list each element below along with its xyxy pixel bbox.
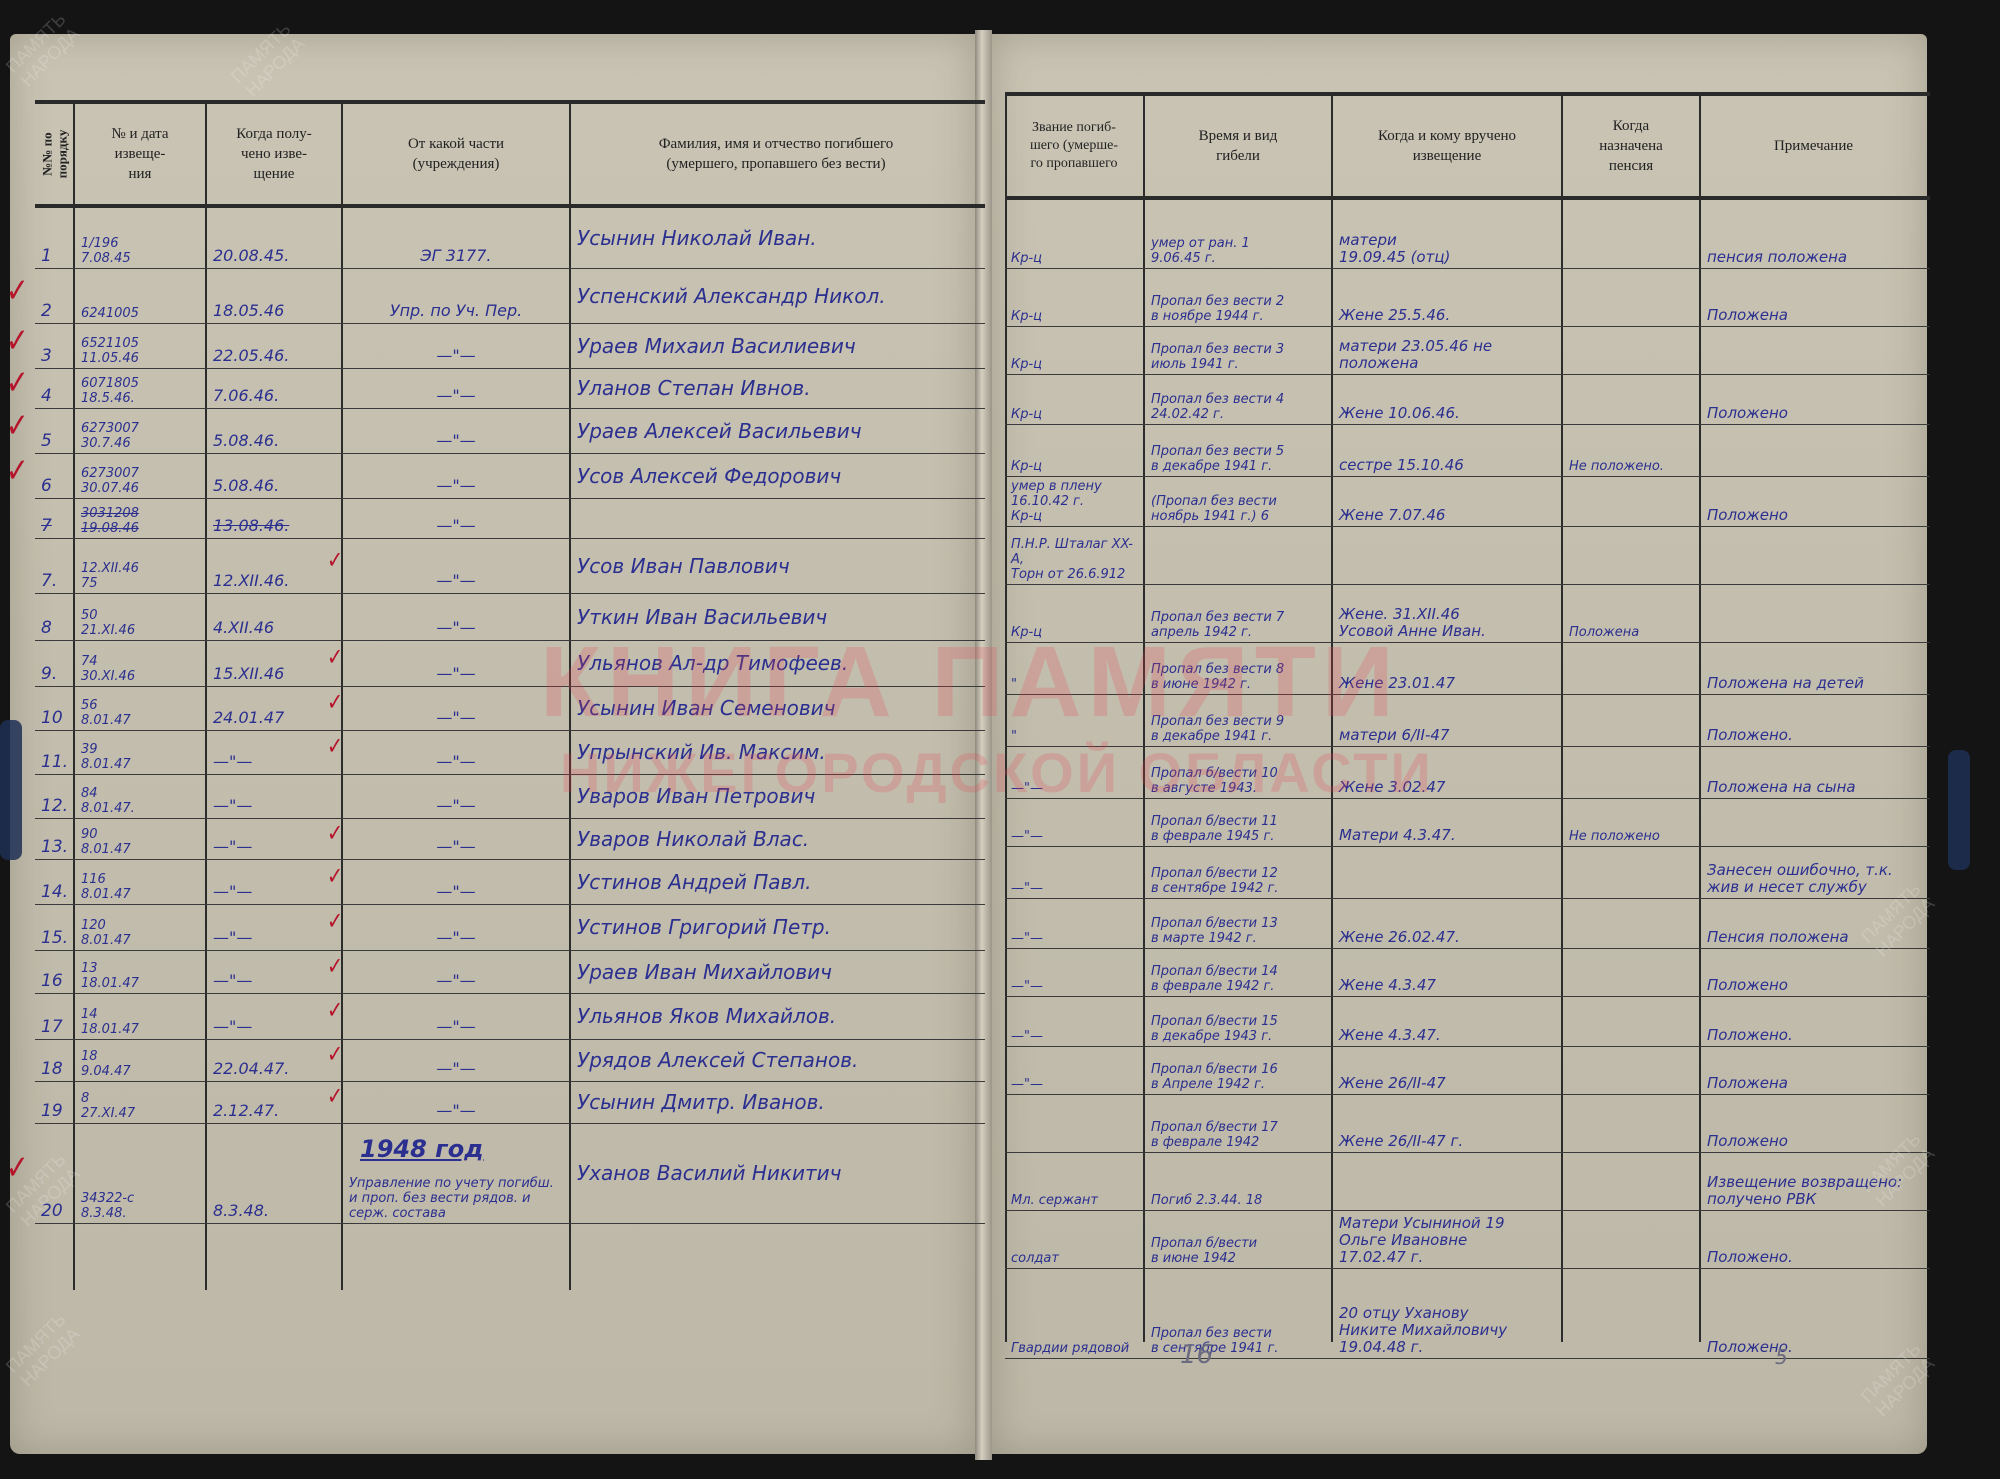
notice-delivered-to: Жене 4.3.47.: [1333, 996, 1561, 1046]
full-name: Урядов Алексей Степанов.: [571, 1039, 981, 1081]
received-date: —"—: [207, 993, 341, 1039]
table-row: 46071805 18.5.46.7.06.46.—"—Уланов Степа…: [35, 368, 985, 409]
notice-delivered-to: Жене 3.02.47: [1333, 746, 1561, 798]
full-name: Усынин Иван Семенович: [571, 686, 981, 730]
full-name: Усынин Николай Иван.: [571, 208, 981, 268]
received-date: 13.08.46.: [207, 498, 341, 538]
time-cause-of-death: Пропал б/вести 16 в Апреле 1942 г.: [1145, 1046, 1331, 1094]
full-name: Ураев Алексей Васильевич: [571, 408, 981, 453]
unit-name: —"—: [343, 538, 569, 593]
table-row: солдатПропал б/вести в июне 1942Матери У…: [1005, 1210, 1930, 1269]
pension-assigned: [1563, 1152, 1699, 1210]
table-row: Кр-цПропал без вести 4 24.02.42 г.Жене 1…: [1005, 374, 1930, 425]
notice-delivered-to: Матери 4.3.47.: [1333, 798, 1561, 846]
red-check-mark-icon: ✓: [327, 909, 343, 933]
table-row: 66273007 30.07.465.08.46.—"—Усов Алексей…: [35, 453, 985, 499]
remarks: пенсия положена: [1701, 206, 1926, 268]
full-name: Уланов Степан Ивнов.: [571, 368, 981, 408]
notice-number-date: 6071805 18.5.46.: [75, 368, 205, 408]
row-number: 4: [35, 368, 73, 408]
unit-name: —"—: [343, 640, 569, 686]
red-check-mark-icon: ✓: [327, 734, 343, 758]
unit-name: —"—: [343, 730, 569, 774]
notice-number-date: 50 21.XI.46: [75, 593, 205, 640]
full-name: Упрынский Ив. Максим.: [571, 730, 981, 774]
pension-assigned: [1563, 642, 1699, 694]
row-number: 7.: [35, 538, 73, 593]
notice-delivered-to: Жене. 31.XII.46 Усовой Анне Иван.: [1333, 584, 1561, 642]
received-date: 20.08.45.: [207, 208, 341, 268]
time-cause-of-death: Пропал б/вести 13 в марте 1942 г.: [1145, 898, 1331, 948]
unit-name: —"—: [343, 368, 569, 408]
red-check-mark-icon: ✓: [6, 409, 29, 443]
unit-name: —"—: [343, 774, 569, 818]
pension-assigned: [1563, 898, 1699, 948]
table-row: —"—Пропал б/вести 15 в декабре 1943 г.Же…: [1005, 996, 1930, 1047]
table-row: Кр-цПропал без вести 5 в декабре 1941 г.…: [1005, 424, 1930, 477]
pension-assigned: [1563, 746, 1699, 798]
row-number: 12.: [35, 774, 73, 818]
notice-number-date: 3031208 19.08.46: [75, 498, 205, 538]
full-name: [571, 498, 981, 538]
red-check-mark-icon: ✓: [327, 954, 343, 978]
notice-delivered-to: матери 19.09.45 (отц): [1333, 206, 1561, 268]
received-date: 15.XII.46: [207, 640, 341, 686]
received-date: 22.04.47.: [207, 1039, 341, 1081]
time-cause-of-death: Пропал б/вести 14 в феврале 1942 г.: [1145, 948, 1331, 996]
table-row: —"—Пропал б/вести 16 в Апреле 1942 г.Жен…: [1005, 1046, 1930, 1095]
red-check-mark-icon: ✓: [6, 274, 29, 308]
row-number: 15.: [35, 904, 73, 950]
full-name: Уханов Василий Никитич: [571, 1123, 981, 1223]
red-check-mark-icon: ✓: [327, 864, 343, 888]
full-name: Уваров Иван Петрович: [571, 774, 981, 818]
notice-number-date: 14 18.01.47: [75, 993, 205, 1039]
unit-name: —"—: [343, 1081, 569, 1123]
notice-delivered-to: Жене 26/II-47 г.: [1333, 1094, 1561, 1152]
rank: ": [1005, 694, 1143, 746]
unit-name: —"—: [343, 859, 569, 904]
notice-number-date: 39 8.01.47: [75, 730, 205, 774]
pension-assigned: [1563, 526, 1699, 584]
time-cause-of-death: Пропал без вести 5 в декабре 1941 г.: [1145, 424, 1331, 476]
full-name: Уткин Иван Васильевич: [571, 593, 981, 640]
time-cause-of-death: Пропал б/вести 10 в августе 1943.: [1145, 746, 1331, 798]
table-row: —"—Пропал б/вести 14 в феврале 1942 г.Же…: [1005, 948, 1930, 997]
rank: Кр-ц: [1005, 326, 1143, 374]
rank: солдат: [1005, 1210, 1143, 1268]
header-full-name: Фамилия, имя и отчество погибшего (умерш…: [571, 104, 981, 204]
table-row: —"—Пропал б/вести 11 в феврале 1945 г.Ма…: [1005, 798, 1930, 847]
pension-assigned: [1563, 1268, 1699, 1358]
time-cause-of-death: Пропал без вести 9 в декабре 1941 г.: [1145, 694, 1331, 746]
notice-delivered-to: матери 6/II-47: [1333, 694, 1561, 746]
ink-stain: [0, 720, 22, 860]
notice-number-date: 1/196 7.08.45: [75, 208, 205, 268]
received-date: 12.XII.46.: [207, 538, 341, 593]
pension-assigned: [1563, 326, 1699, 374]
unit-name: —"—: [343, 408, 569, 453]
notice-number-date: 90 8.01.47: [75, 818, 205, 859]
received-date: 18.05.46: [207, 268, 341, 323]
received-date: 8.3.48.: [207, 1123, 341, 1223]
page-number-left: 16: [1180, 1340, 1213, 1370]
pension-assigned: Положена: [1563, 584, 1699, 642]
notice-number-date: 13 18.01.47: [75, 950, 205, 993]
unit-name: —"—: [343, 1039, 569, 1081]
unit-name: Упр. по Уч. Пер.: [343, 268, 569, 323]
full-name: Усов Иван Павлович: [571, 538, 981, 593]
time-cause-of-death: Пропал без вести 2 в ноябре 1944 г.: [1145, 268, 1331, 326]
pension-assigned: [1563, 268, 1699, 326]
full-name: Устинов Григорий Петр.: [571, 904, 981, 950]
time-cause-of-death: Пропал б/вести в июне 1942: [1145, 1210, 1331, 1268]
notice-delivered-to: [1333, 1152, 1561, 1210]
left-header-row: №№ по порядку № и дата извеще- ния Когда…: [35, 100, 985, 208]
red-check-mark-icon: ✓: [6, 454, 29, 488]
row-number: 17: [35, 993, 73, 1039]
time-cause-of-death: Погиб 2.3.44. 18: [1145, 1152, 1331, 1210]
rank: умер в плену 16.10.42 г. Кр-ц: [1005, 476, 1143, 526]
full-name: Ураев Михаил Василиевич: [571, 323, 981, 368]
table-row: Кр-цПропал без вести 7 апрель 1942 г.Жен…: [1005, 584, 1930, 643]
table-row: 1056 8.01.4724.01.47—"—Усынин Иван Семен…: [35, 686, 985, 731]
full-name: Усынин Дмитр. Иванов.: [571, 1081, 981, 1123]
row-number: 9.: [35, 640, 73, 686]
right-register-table: Звание погиб- шего (умерше- го пропавшег…: [1005, 92, 1930, 1342]
table-row: умер в плену 16.10.42 г. Кр-ц(Пропал без…: [1005, 476, 1930, 527]
time-cause-of-death: Пропал б/вести 17 в феврале 1942: [1145, 1094, 1331, 1152]
header-remarks: Примечание: [1701, 96, 1926, 196]
table-row: 2624100518.05.46Упр. по Уч. Пер.Успенски…: [35, 268, 985, 324]
table-row: 36521105 11.05.4622.05.46.—"—Ураев Михаи…: [35, 323, 985, 369]
table-row: Кр-цумер от ран. 1 9.06.45 г.матери 19.0…: [1005, 206, 1930, 269]
notice-delivered-to: Жене 10.06.46.: [1333, 374, 1561, 424]
remarks: Положена: [1701, 268, 1926, 326]
unit-name: ЭГ 3177.: [343, 208, 569, 268]
received-date: 24.01.47: [207, 686, 341, 730]
notice-number-date: 6241005: [75, 268, 205, 323]
table-row: "Пропал без вести 9 в декабре 1941 г.мат…: [1005, 694, 1930, 747]
row-number: 7: [35, 498, 73, 538]
unit-name: —"—: [343, 323, 569, 368]
rank: Гвардии рядовой: [1005, 1268, 1143, 1358]
row-number: 18: [35, 1039, 73, 1081]
remarks: Положена на детей: [1701, 642, 1926, 694]
notice-delivered-to: 20 отцу Уханову Никите Михайловичу 19.04…: [1333, 1268, 1561, 1358]
time-cause-of-death: умер от ран. 1 9.06.45 г.: [1145, 206, 1331, 268]
notice-delivered-to: Жене 26.02.47.: [1333, 898, 1561, 948]
remarks: Положено.: [1701, 996, 1926, 1046]
red-check-mark-icon: ✓: [327, 548, 343, 572]
row-number: 3: [35, 323, 73, 368]
notice-number-date: 8 27.XI.47: [75, 1081, 205, 1123]
pension-assigned: [1563, 846, 1699, 898]
notice-delivered-to: [1333, 526, 1561, 584]
received-date: 7.06.46.: [207, 368, 341, 408]
table-row: 11/196 7.08.4520.08.45.ЭГ 3177.Усынин Ни…: [35, 208, 985, 269]
rank: [1005, 1094, 1143, 1152]
table-row: Гвардии рядовойПропал без вести в сентяб…: [1005, 1268, 1930, 1359]
header-pension-date: Когда назначена пенсия: [1563, 96, 1699, 196]
remarks: [1701, 526, 1926, 584]
ink-stain: [1948, 750, 1970, 870]
header-order-number: №№ по порядку: [39, 130, 69, 179]
notice-number-date: 6273007 30.7.46: [75, 408, 205, 453]
notice-number-date: 12.XII.46 75: [75, 538, 205, 593]
unit-name: —"—: [343, 818, 569, 859]
full-name: Устинов Андрей Павл.: [571, 859, 981, 904]
table-row: 1613 18.01.47—"——"—Ураев Иван Михайлович…: [35, 950, 985, 994]
remarks: Положено: [1701, 1094, 1926, 1152]
rank: —"—: [1005, 1046, 1143, 1094]
header-time-cause-of-death: Время и вид гибели: [1145, 96, 1331, 196]
remarks: Занесен ошибочно, т.к. жив и несет служб…: [1701, 846, 1926, 898]
table-row: 13.90 8.01.47—"——"—Уваров Николай Влас.✓: [35, 818, 985, 860]
row-number: 5: [35, 408, 73, 453]
left-register-table: №№ по порядку № и дата извеще- ния Когда…: [35, 100, 985, 1350]
table-row: 2034322-с 8.3.48.8.3.48.Управление по уч…: [35, 1123, 985, 1224]
notice-delivered-to: Жене 26/II-47: [1333, 1046, 1561, 1094]
table-row: 198 27.XI.472.12.47.—"—Усынин Дмитр. Ива…: [35, 1081, 985, 1124]
page-number-right: 5: [1775, 1345, 1788, 1369]
notice-delivered-to: сестре 15.10.46: [1333, 424, 1561, 476]
row-number: 1: [35, 208, 73, 268]
table-row: 9.74 30.XI.4615.XII.46—"—Ульянов Ал-др Т…: [35, 640, 985, 687]
header-notice-delivered: Когда и кому вручено извещение: [1333, 96, 1561, 196]
full-name: Ульянов Яков Михайлов.: [571, 993, 981, 1039]
received-date: 22.05.46.: [207, 323, 341, 368]
row-number: 11.: [35, 730, 73, 774]
rank: Кр-ц: [1005, 268, 1143, 326]
row-number: 10: [35, 686, 73, 730]
unit-name: —"—: [343, 904, 569, 950]
received-date: 4.XII.46: [207, 593, 341, 640]
table-row: П.Н.Р. Шталаг XX-А, Торн от 26.6.912: [1005, 526, 1930, 585]
table-row: 12.84 8.01.47.—"——"—Уваров Иван Петрович: [35, 774, 985, 819]
header-rank: Звание погиб- шего (умерше- го пропавшег…: [1005, 96, 1143, 196]
pension-assigned: Не положено.: [1563, 424, 1699, 476]
full-name: Успенский Александр Никол.: [571, 268, 981, 323]
header-unit: От какой части (учреждения): [343, 104, 569, 204]
time-cause-of-death: Пропал без вести 4 24.02.42 г.: [1145, 374, 1331, 424]
time-cause-of-death: Пропал без вести 8 в июне 1942 г.: [1145, 642, 1331, 694]
remarks: Положено: [1701, 374, 1926, 424]
time-cause-of-death: Пропал без вести 3 июль 1941 г.: [1145, 326, 1331, 374]
remarks: Положено.: [1701, 1268, 1926, 1358]
time-cause-of-death: Пропал б/вести 15 в декабре 1943 г.: [1145, 996, 1331, 1046]
rank: —"—: [1005, 898, 1143, 948]
rank: —"—: [1005, 996, 1143, 1046]
time-cause-of-death: Пропал без вести 7 апрель 1942 г.: [1145, 584, 1331, 642]
row-number: 19: [35, 1081, 73, 1123]
remarks: [1701, 424, 1926, 476]
pension-assigned: [1563, 694, 1699, 746]
rank: Кр-ц: [1005, 584, 1143, 642]
notice-delivered-to: [1333, 846, 1561, 898]
rank: Кр-ц: [1005, 206, 1143, 268]
table-row: Пропал б/вести 17 в феврале 1942Жене 26/…: [1005, 1094, 1930, 1153]
unit-name: —"—: [343, 453, 569, 498]
received-date: —"—: [207, 730, 341, 774]
table-row: Кр-цПропал без вести 2 в ноябре 1944 г.Ж…: [1005, 268, 1930, 327]
pension-assigned: [1563, 1046, 1699, 1094]
row-number: 2: [35, 268, 73, 323]
notice-number-date: 84 8.01.47.: [75, 774, 205, 818]
red-check-mark-icon: ✓: [327, 645, 343, 669]
table-row: 1714 18.01.47—"——"—Ульянов Яков Михайлов…: [35, 993, 985, 1040]
received-date: 2.12.47.: [207, 1081, 341, 1123]
remarks: Положено: [1701, 948, 1926, 996]
pension-assigned: [1563, 206, 1699, 268]
table-row: 7.12.XII.46 7512.XII.46.—"—Усов Иван Пав…: [35, 538, 985, 594]
pension-assigned: [1563, 1094, 1699, 1152]
notice-number-date: 18 9.04.47: [75, 1039, 205, 1081]
table-row: 11.39 8.01.47—"——"—Упрынский Ив. Максим.…: [35, 730, 985, 775]
red-check-mark-icon: ✓: [6, 366, 29, 400]
pension-assigned: [1563, 1210, 1699, 1268]
table-row: 1818 9.04.4722.04.47.—"—Урядов Алексей С…: [35, 1039, 985, 1082]
year-note: 1948 год: [360, 1135, 484, 1163]
notice-delivered-to: Матери Усыниной 19 Ольге Ивановне 17.02.…: [1333, 1210, 1561, 1268]
received-date: —"—: [207, 950, 341, 993]
red-check-mark-icon: ✓: [327, 690, 343, 714]
received-date: 5.08.46.: [207, 453, 341, 498]
time-cause-of-death: Пропал б/вести 12 в сентябре 1942 г.: [1145, 846, 1331, 898]
row-number: 13.: [35, 818, 73, 859]
unit-name: —"—: [343, 498, 569, 538]
pension-assigned: [1563, 948, 1699, 996]
pension-assigned: [1563, 996, 1699, 1046]
notice-number-date: 34322-с 8.3.48.: [75, 1123, 205, 1223]
notice-delivered-to: Жене 4.3.47: [1333, 948, 1561, 996]
table-row: 73031208 19.08.4613.08.46.—"—: [35, 498, 985, 539]
rank: ": [1005, 642, 1143, 694]
table-row: 850 21.XI.464.XII.46—"—Уткин Иван Василь…: [35, 593, 985, 641]
table-row: "Пропал без вести 8 в июне 1942 г.Жене 2…: [1005, 642, 1930, 695]
unit-name: —"—: [343, 686, 569, 730]
red-check-mark-icon: ✓: [6, 324, 29, 358]
unit-name: —"—: [343, 950, 569, 993]
unit-name: —"—: [343, 993, 569, 1039]
remarks: Положена: [1701, 1046, 1926, 1094]
rank: —"—: [1005, 846, 1143, 898]
table-row: —"—Пропал б/вести 12 в сентябре 1942 г.З…: [1005, 846, 1930, 899]
rank: —"—: [1005, 798, 1143, 846]
rank: —"—: [1005, 746, 1143, 798]
notice-delivered-to: Жене 25.5.46.: [1333, 268, 1561, 326]
remarks: Положена на сына: [1701, 746, 1926, 798]
remarks: Положено.: [1701, 694, 1926, 746]
table-row: 15.120 8.01.47—"——"—Устинов Григорий Пет…: [35, 904, 985, 951]
pension-assigned: [1563, 476, 1699, 526]
table-row: Мл. сержантПогиб 2.3.44. 18Извещение воз…: [1005, 1152, 1930, 1211]
notice-number-date: 6273007 30.07.46: [75, 453, 205, 498]
table-row: 14.116 8.01.47—"——"—Устинов Андрей Павл.…: [35, 859, 985, 905]
remarks: [1701, 798, 1926, 846]
received-date: —"—: [207, 904, 341, 950]
header-cell: №№ по порядку: [35, 104, 73, 204]
time-cause-of-death: Пропал без вести в сентябре 1941 г.: [1145, 1268, 1331, 1358]
remarks: [1701, 584, 1926, 642]
row-number: 8: [35, 593, 73, 640]
received-date: —"—: [207, 818, 341, 859]
rank: П.Н.Р. Шталаг XX-А, Торн от 26.6.912: [1005, 526, 1143, 584]
notice-number-date: 120 8.01.47: [75, 904, 205, 950]
notice-number-date: 6521105 11.05.46: [75, 323, 205, 368]
received-date: —"—: [207, 774, 341, 818]
time-cause-of-death: [1145, 526, 1331, 584]
remarks: [1701, 326, 1926, 374]
notice-delivered-to: матери 23.05.46 не положена: [1333, 326, 1561, 374]
table-row: —"—Пропал б/вести 10 в августе 1943.Жене…: [1005, 746, 1930, 799]
rank: Кр-ц: [1005, 424, 1143, 476]
notice-delivered-to: Жене 23.01.47: [1333, 642, 1561, 694]
full-name: Ульянов Ал-др Тимофеев.: [571, 640, 981, 686]
received-date: 5.08.46.: [207, 408, 341, 453]
notice-number-date: 116 8.01.47: [75, 859, 205, 904]
notice-delivered-to: Жене 7.07.46: [1333, 476, 1561, 526]
pension-assigned: [1563, 374, 1699, 424]
received-date: —"—: [207, 859, 341, 904]
rank: —"—: [1005, 948, 1143, 996]
table-row: —"—Пропал б/вести 13 в марте 1942 г.Жене…: [1005, 898, 1930, 949]
red-check-mark-icon: ✓: [327, 1084, 343, 1108]
remarks: Положено: [1701, 476, 1926, 526]
red-check-mark-icon: ✓: [327, 1042, 343, 1066]
time-cause-of-death: (Пропал без вести ноябрь 1941 г.) 6: [1145, 476, 1331, 526]
full-name: Ураев Иван Михайлович: [571, 950, 981, 993]
header-notice-number-date: № и дата извеще- ния: [75, 104, 205, 204]
table-row: Кр-цПропал без вести 3 июль 1941 г.матер…: [1005, 326, 1930, 375]
remarks: Положено.: [1701, 1210, 1926, 1268]
row-number: 6: [35, 453, 73, 498]
table-row: 56273007 30.7.465.08.46.—"—Ураев Алексей…: [35, 408, 985, 454]
full-name: Усов Алексей Федорович: [571, 453, 981, 498]
header-received-date: Когда полу- чено изве- щение: [207, 104, 341, 204]
time-cause-of-death: Пропал б/вести 11 в феврале 1945 г.: [1145, 798, 1331, 846]
notice-number-date: 74 30.XI.46: [75, 640, 205, 686]
notice-number-date: 56 8.01.47: [75, 686, 205, 730]
unit-name: —"—: [343, 593, 569, 640]
rank: Кр-ц: [1005, 374, 1143, 424]
row-number: 16: [35, 950, 73, 993]
row-number: 14.: [35, 859, 73, 904]
rank: Мл. сержант: [1005, 1152, 1143, 1210]
red-check-mark-icon: ✓: [327, 821, 343, 845]
pension-assigned: Не положено: [1563, 798, 1699, 846]
full-name: Уваров Николай Влас.: [571, 818, 981, 859]
red-check-mark-icon: ✓: [327, 998, 343, 1022]
